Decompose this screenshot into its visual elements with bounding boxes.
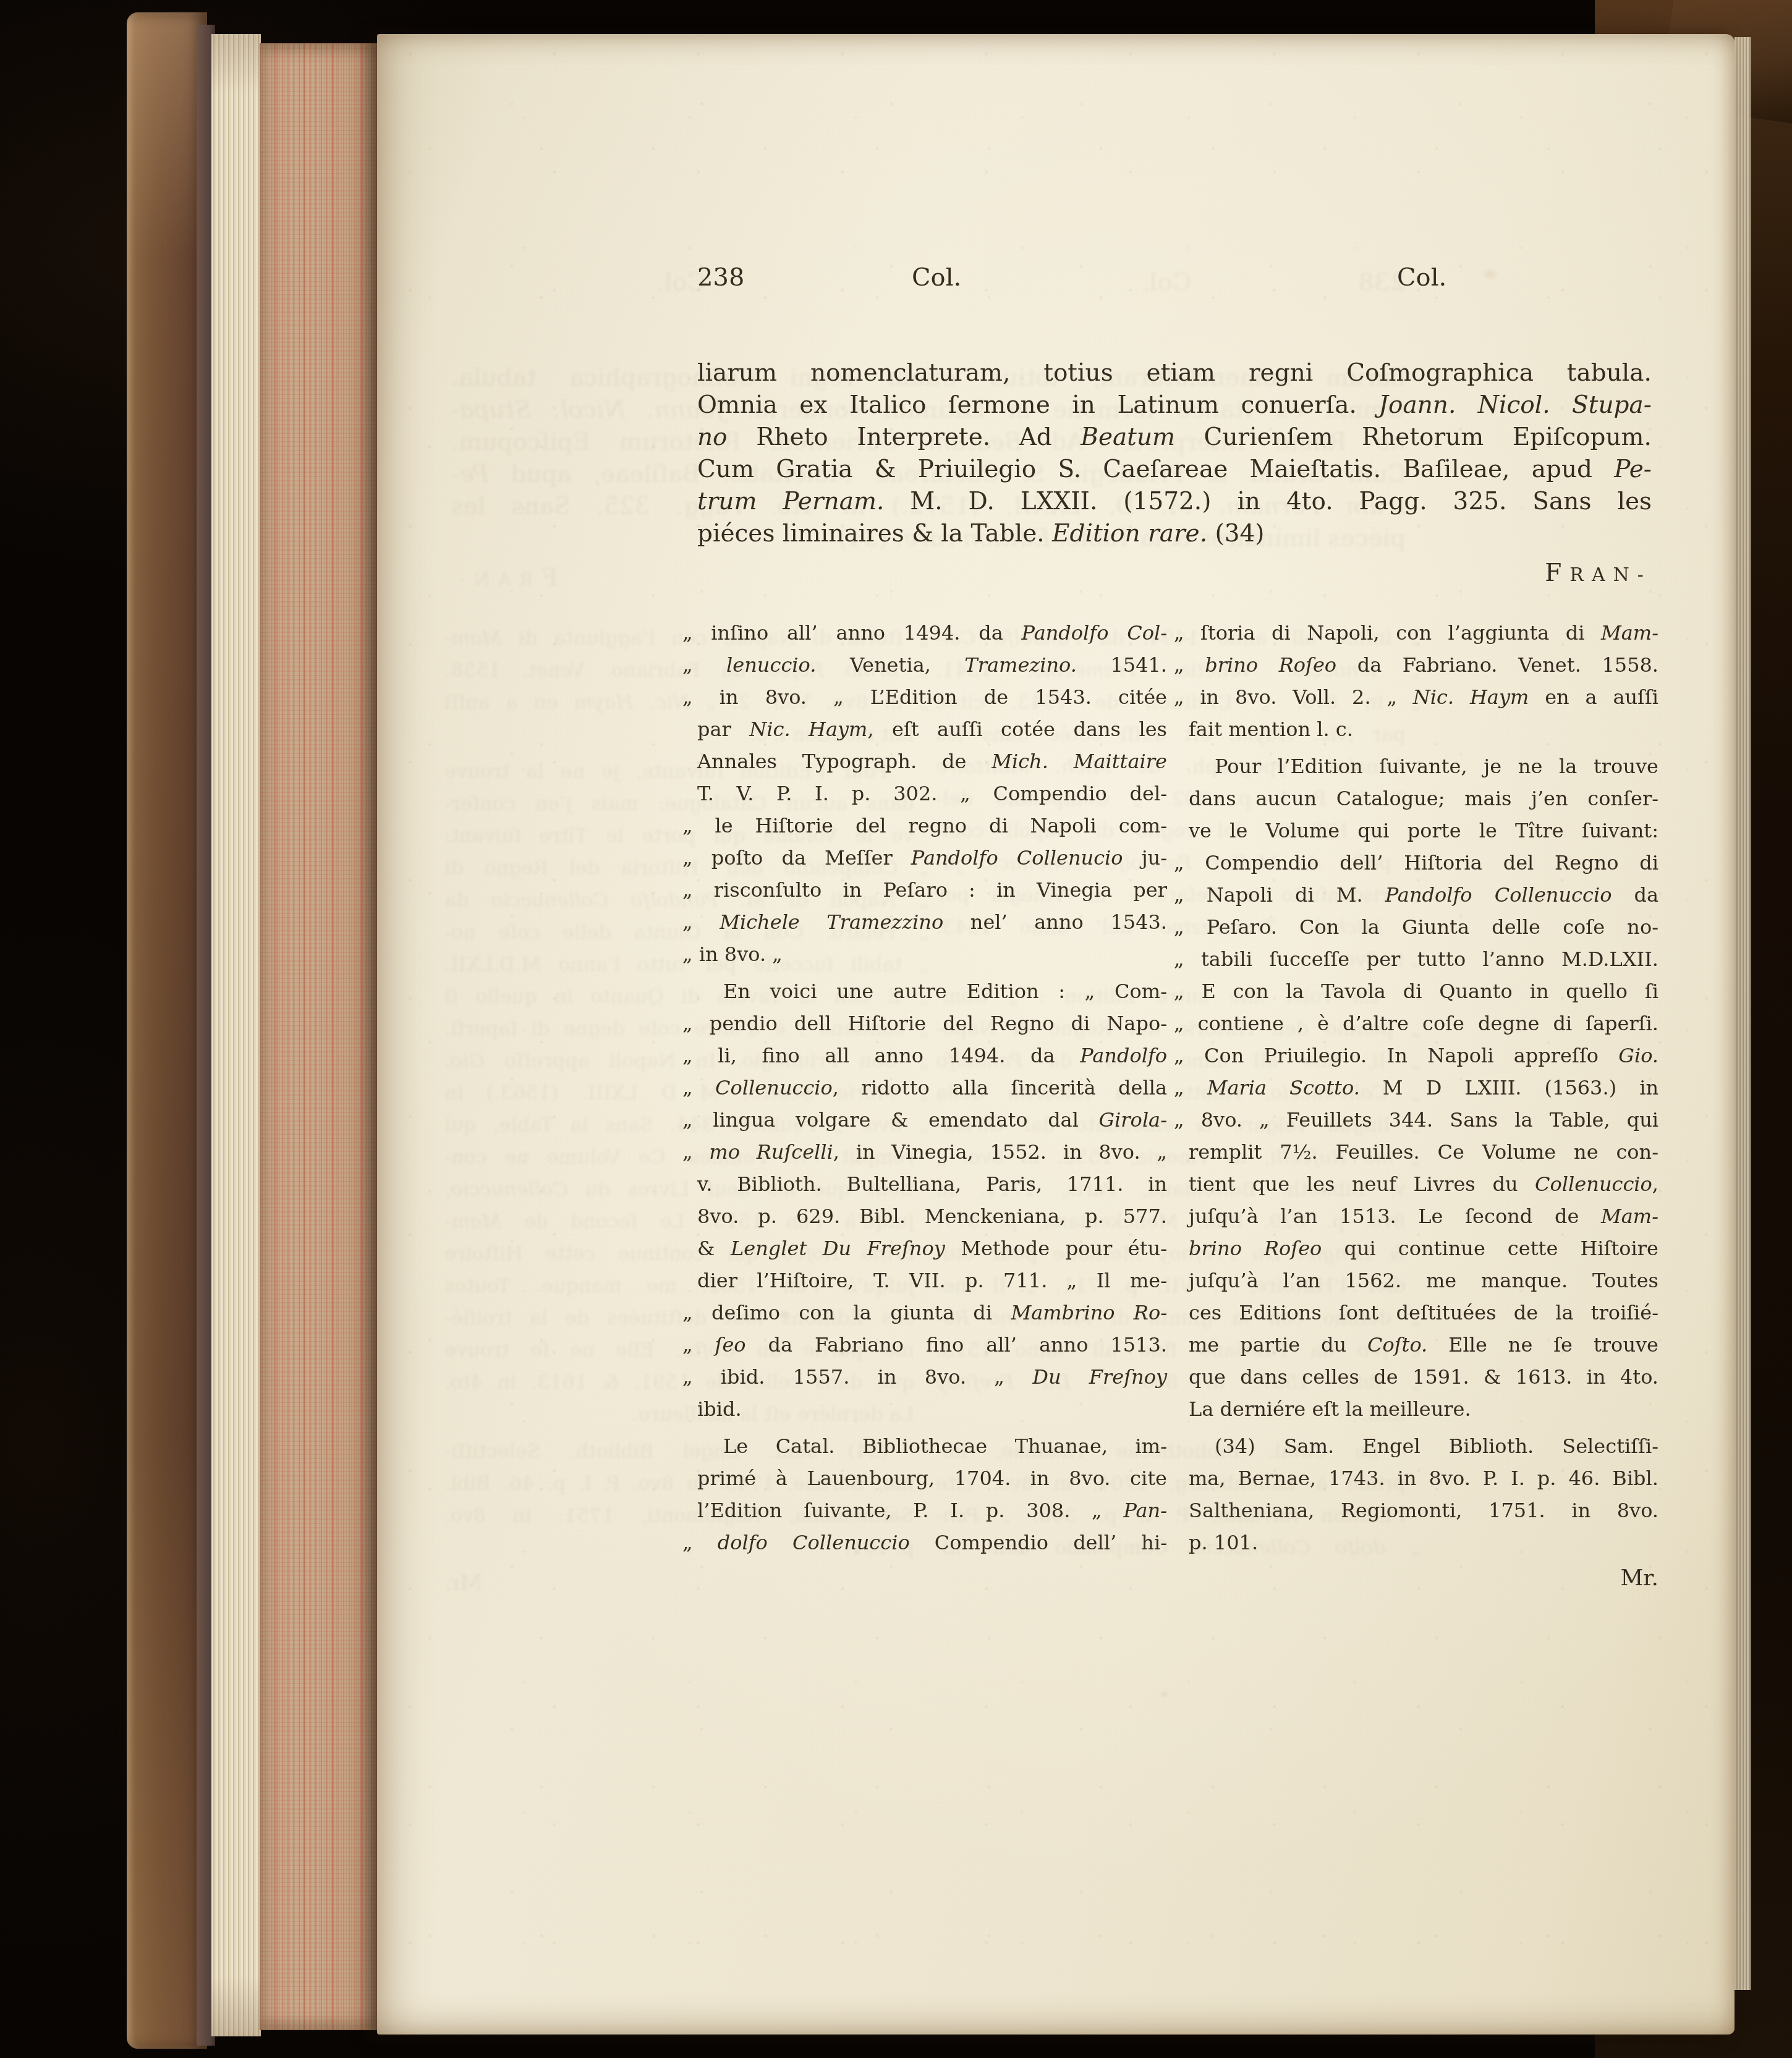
text-segment: , ridotto alla ſincerità della bbox=[833, 1076, 1167, 1099]
intro-paragraph: liarum nomenclaturam, totius etiam regni… bbox=[697, 357, 1652, 550]
text-segment: „ tabili ſucceſſe per tutto l’anno M.D.L… bbox=[1174, 947, 1658, 971]
text-segment: „ inſino all’ anno 1494. da bbox=[682, 621, 1022, 645]
text-segment: en a auſſi bbox=[1529, 685, 1658, 709]
text-line: ces Editions ſont deſtituées de la troiſ… bbox=[1189, 1297, 1658, 1329]
text-segment: ſeo bbox=[715, 1333, 746, 1357]
text-line: „ ibid. 1557. in 8vo. „ Du Freſnoy bbox=[697, 1361, 1167, 1393]
text-segment: no bbox=[697, 423, 728, 451]
paragraph: En voici une autre Edition : „ Com-„ pen… bbox=[697, 975, 1167, 1425]
text-segment: Cum Gratia & Priuilegio S. Caeſareae Mai… bbox=[697, 455, 1614, 483]
book-spine bbox=[127, 12, 207, 2049]
text-segment: trum Pernam. bbox=[697, 488, 884, 515]
text-segment: Michele Tramezzino bbox=[720, 910, 943, 934]
text-line: „ Michele Tramezzino nel’ anno 1543. bbox=[697, 906, 1167, 938]
text-segment: par bbox=[697, 718, 749, 741]
text-segment: „ bbox=[682, 1531, 718, 1554]
text-segment: da Fabriano. Venet. 1558. bbox=[1336, 653, 1658, 677]
text-line: „ Maria Scotto. M D LXIII. (1563.) in bbox=[1189, 1072, 1658, 1104]
text-line: Pour l’Edition ſuivante, je ne la trouve bbox=[1189, 750, 1658, 782]
text-segment: brino Roſeo bbox=[1205, 653, 1336, 677]
text-line: „ ſtoria di Napoli, con l’aggiunta di Ma… bbox=[1189, 617, 1658, 649]
text-segment: Pour l’Edition ſuivante, je ne la trouve bbox=[1215, 755, 1658, 778]
text-segment: Joann. Nicol. Stupa- bbox=[1378, 391, 1652, 419]
text-line: Cum Gratia & Priuilegio S. Caeſareae Mai… bbox=[697, 454, 1652, 486]
text-segment: (34) bbox=[1207, 520, 1264, 548]
text-segment: Pandolfo bbox=[1080, 1044, 1167, 1067]
page-number: 238 bbox=[697, 263, 744, 292]
text-segment: dolfo Collenuccio bbox=[718, 1531, 910, 1554]
text-line: „ Collenuccio, ridotto alla ſincerità de… bbox=[697, 1072, 1167, 1104]
text-segment: que dans celles de 1591. & 1613. in 4to. bbox=[1189, 1365, 1658, 1389]
text-line: „ 8vo. „ Feuillets 344. Sans la Table, q… bbox=[1189, 1104, 1658, 1136]
text-segment: „ bbox=[1174, 1076, 1207, 1099]
text-segment: ma, Bernae, 1743. in 8vo. P. I. p. 46. B… bbox=[1189, 1467, 1658, 1490]
text-line: ibid. bbox=[697, 1393, 1167, 1425]
text-segment: remplit 7½. Feuilles. Ce Volume ne con- bbox=[1189, 1140, 1658, 1164]
text-line: tient que les neuf Livres du Collenuccio… bbox=[1189, 1168, 1658, 1200]
sprinkled-fore-edge bbox=[260, 43, 381, 2030]
text-segment: „ le Hiſtorie del regno di Napoli com- bbox=[682, 814, 1167, 837]
text-line: La derniére eſt la meilleure. bbox=[1189, 1393, 1658, 1425]
text-segment: dans aucun Catalogue; mais j’en conſer- bbox=[1189, 787, 1658, 810]
text-segment: primé à Lauenbourg, 1704. in 8vo. cite bbox=[697, 1467, 1167, 1490]
text-segment: Pe- bbox=[1614, 455, 1652, 483]
text-segment: , in Vinegia, 1552. in 8vo. „ bbox=[833, 1140, 1167, 1164]
text-line: Omnia ex Italico ſermone in Latinum conu… bbox=[697, 389, 1652, 421]
text-segment: ces Editions ſont deſtituées de la troiſ… bbox=[1189, 1301, 1658, 1324]
paragraph: „ inſino all’ anno 1494. da Pandolfo Col… bbox=[697, 617, 1167, 970]
column-right: „ ſtoria di Napoli, con l’aggiunta di Ma… bbox=[1189, 617, 1658, 1559]
paragraph: (34) Sam. Engel Biblioth. Selectiſſi-ma,… bbox=[1189, 1430, 1658, 1559]
text-line: „ Compendio dell’ Hiſtoria del Regno di bbox=[1189, 847, 1658, 879]
text-segment: Maria Scotto. bbox=[1207, 1076, 1360, 1099]
text-line: „ Napoli di M. Pandolfo Collenuccio da bbox=[1189, 879, 1658, 911]
text-segment: l’Edition ſuivante, P. I. p. 308. „ bbox=[697, 1499, 1123, 1522]
text-line: „ mo Ruſcelli, in Vinegia, 1552. in 8vo.… bbox=[697, 1136, 1167, 1168]
text-line: „ inſino all’ anno 1494. da Pandolfo Col… bbox=[697, 617, 1167, 649]
text-segment: Tramezino. bbox=[964, 653, 1077, 677]
text-segment: T. V. P. I. p. 302. „ Compendio del- bbox=[697, 782, 1167, 805]
text-segment: da Fabriano fino all’ anno 1513. bbox=[746, 1333, 1167, 1357]
text-segment: Mam- bbox=[1601, 1205, 1658, 1228]
catchword-bottom: Mr. bbox=[1189, 1565, 1658, 1591]
text-segment: Rheto Interprete. Ad bbox=[728, 423, 1081, 451]
text-segment: Methode pour étu- bbox=[945, 1237, 1167, 1260]
text-line: trum Pernam. M. D. LXXII. (1572.) in 4to… bbox=[697, 486, 1652, 518]
text-segment: piéces liminaires & la Table. bbox=[697, 520, 1052, 548]
page: 238 Col. Col. liarum nomenclaturam, toti… bbox=[377, 34, 1735, 2035]
text-line: piéces liminaires & la Table. Edition ra… bbox=[697, 518, 1652, 550]
text-line: me partie du Coſto. Elle ne ſe trouve bbox=[1189, 1329, 1658, 1361]
text-line: dier l’Hiſtoire, T. VII. p. 711. „ Il me… bbox=[697, 1264, 1167, 1297]
text-line: fait mention l. c. bbox=[1189, 713, 1658, 745]
text-segment: Lenglet Du Freſnoy bbox=[731, 1237, 945, 1260]
text-line: liarum nomenclaturam, totius etiam regni… bbox=[697, 357, 1652, 389]
text-segment: „ ibid. 1557. in 8vo. „ bbox=[682, 1365, 1032, 1389]
text-segment: Beatum bbox=[1081, 423, 1175, 451]
text-segment: „ lingua volgare & emendato dal bbox=[682, 1108, 1099, 1132]
text-segment: & bbox=[697, 1237, 731, 1260]
text-segment: Saltheniana, Regiomonti, 1751. in 8vo. bbox=[1189, 1499, 1658, 1522]
text-segment: v. Biblioth. Bultelliana, Paris, 1711. i… bbox=[697, 1172, 1167, 1196]
text-line: „ in 8vo. „ L’Edition de 1543. citée bbox=[697, 681, 1167, 713]
text-line: En voici une autre Edition : „ Com- bbox=[697, 975, 1167, 1007]
column-left: „ inſino all’ anno 1494. da Pandolfo Col… bbox=[697, 617, 1167, 1559]
text-segment: qui continue cette Hiſtoire bbox=[1322, 1237, 1658, 1260]
paragraph: Pour l’Edition ſuivante, je ne la trouve… bbox=[1189, 750, 1658, 1425]
text-line: Le Catal. Bibliothecae Thuanae, im- bbox=[697, 1430, 1167, 1462]
text-line: „ Con Priuilegio. In Napoli appreſſo Gio… bbox=[1189, 1040, 1658, 1072]
text-line: T. V. P. I. p. 302. „ Compendio del- bbox=[697, 777, 1167, 810]
paragraph: „ ſtoria di Napoli, con l’aggiunta di Ma… bbox=[1189, 617, 1658, 745]
text-line: remplit 7½. Feuilles. Ce Volume ne con- bbox=[1189, 1136, 1658, 1168]
text-segment: Girola- bbox=[1099, 1108, 1167, 1132]
running-title-right: Col. bbox=[1397, 263, 1446, 292]
text-segment: (34) Sam. Engel Biblioth. Selectiſſi- bbox=[1215, 1434, 1658, 1458]
text-line: „ poſto da Meſſer Pandolfo Collenucio ju… bbox=[697, 842, 1167, 874]
text-segment: tient que les neuf Livres du bbox=[1189, 1172, 1535, 1196]
running-title-center: Col. bbox=[912, 263, 961, 292]
text-segment: ibid. bbox=[697, 1397, 742, 1421]
text-segment: Curienſem Rhetorum Epiſcopum. bbox=[1175, 423, 1652, 451]
text-line: (34) Sam. Engel Biblioth. Selectiſſi- bbox=[1189, 1430, 1658, 1462]
text-line: „ in 8vo. Voll. 2. „ Nic. Haym en a auſſ… bbox=[1189, 681, 1658, 713]
text-segment: „ Con Priuilegio. In Napoli appreſſo bbox=[1174, 1044, 1618, 1067]
page-content: 238 Col. Col. liarum nomenclaturam, toti… bbox=[377, 34, 1735, 2035]
text-segment: „ Napoli di M. bbox=[1174, 883, 1385, 907]
text-segment: „ bbox=[682, 1140, 709, 1164]
text-segment: „ Compendio dell’ Hiſtoria del Regno di bbox=[1174, 851, 1658, 874]
text-segment: „ bbox=[682, 1333, 715, 1357]
text-line: „ risconſulto in Peſaro : in Vinegia per bbox=[697, 874, 1167, 906]
text-segment: Edition rare. bbox=[1052, 520, 1207, 548]
right-page-edges bbox=[1735, 37, 1751, 1990]
text-line: „ E con la Tavola di Quanto in quello ſi bbox=[1189, 975, 1658, 1007]
text-segment: lenuccio. bbox=[726, 653, 816, 677]
text-segment: „ in 8vo. Voll. 2. „ bbox=[1174, 685, 1413, 709]
text-line: v. Biblioth. Bultelliana, Paris, 1711. i… bbox=[697, 1168, 1167, 1200]
text-line: primé à Lauenbourg, 1704. in 8vo. cite bbox=[697, 1462, 1167, 1494]
text-segment: 8vo. p. 629. Bibl. Menckeniana, p. 577. bbox=[697, 1205, 1167, 1228]
text-segment: Pan- bbox=[1123, 1499, 1167, 1522]
text-segment: „ li, fino all anno 1494. da bbox=[682, 1044, 1080, 1067]
text-segment: Mich. Maittaire bbox=[992, 750, 1167, 773]
text-segment: Omnia ex Italico ſermone in Latinum conu… bbox=[697, 391, 1378, 419]
text-segment: da bbox=[1612, 883, 1658, 907]
text-segment: 1541. bbox=[1077, 653, 1167, 677]
text-segment: „ 8vo. „ Feuillets 344. Sans la Table, q… bbox=[1174, 1108, 1658, 1132]
text-segment: „ bbox=[682, 653, 726, 677]
text-segment: En voici une autre Edition : „ Com- bbox=[723, 980, 1167, 1003]
text-segment: fait mention l. c. bbox=[1189, 718, 1353, 741]
text-segment: Compendio dell’ hi- bbox=[910, 1531, 1167, 1554]
text-segment: Pandolfo Collenucio bbox=[911, 846, 1123, 870]
text-line: 8vo. p. 629. Bibl. Menckeniana, p. 577. bbox=[697, 1200, 1167, 1232]
text-segment: juſqu’à l’an 1562. me manque. Toutes bbox=[1189, 1269, 1658, 1292]
text-line: Saltheniana, Regiomonti, 1751. in 8vo. bbox=[1189, 1494, 1658, 1527]
text-segment: Collenuccio bbox=[1535, 1172, 1652, 1196]
text-line: juſqu’à l’an 1513. Le ſecond de Mam- bbox=[1189, 1200, 1658, 1232]
text-line: „ pendio dell Hiſtorie del Regno di Napo… bbox=[697, 1007, 1167, 1040]
text-line: dans aucun Catalogue; mais j’en conſer- bbox=[1189, 782, 1658, 815]
page-edges-strip bbox=[211, 34, 261, 2036]
text-segment: „ Peſaro. Con la Giunta delle coſe no- bbox=[1174, 915, 1658, 939]
text-line: „ contiene , è d’altre coſe degne di ſap… bbox=[1189, 1007, 1658, 1040]
text-segment: p. 101. bbox=[1189, 1531, 1258, 1554]
text-segment: Du Freſnoy bbox=[1032, 1365, 1167, 1389]
text-segment: , eſt auſſi cotée dans les bbox=[867, 718, 1167, 741]
text-line: „ li, fino all anno 1494. da Pandolfo bbox=[697, 1040, 1167, 1072]
paragraph: Le Catal. Bibliothecae Thuanae, im-primé… bbox=[697, 1430, 1167, 1559]
text-line: „ ſeo da Fabriano fino all’ anno 1513. bbox=[697, 1329, 1167, 1361]
text-segment: Nic. Haym bbox=[1413, 685, 1529, 709]
text-line: ma, Bernae, 1743. in 8vo. P. I. p. 46. B… bbox=[1189, 1462, 1658, 1494]
text-segment: Coſto. bbox=[1367, 1333, 1427, 1357]
text-segment: „ pendio dell Hiſtorie del Regno di Napo… bbox=[682, 1012, 1167, 1035]
text-segment: Elle ne ſe trouve bbox=[1427, 1333, 1658, 1357]
text-line: Annales Typograph. de Mich. Maittaire bbox=[697, 745, 1167, 777]
book-scan: 238 Col. Col. liarum nomenclaturam, toti… bbox=[0, 0, 1792, 2058]
text-segment: „ ſtoria di Napoli, con l’aggiunta di bbox=[1174, 621, 1601, 645]
text-segment: liarum nomenclaturam, totius etiam regni… bbox=[697, 359, 1652, 387]
text-segment: , bbox=[1652, 1172, 1658, 1196]
text-line: ve le Volume qui porte le Tître ſuivant: bbox=[1189, 815, 1658, 847]
text-line: „ lingua volgare & emendato dal Girola- bbox=[697, 1104, 1167, 1136]
text-segment: M. D. LXXII. (1572.) in 4to. Pagg. 325. … bbox=[884, 488, 1652, 515]
text-line: „ brino Roſeo da Fabriano. Venet. 1558. bbox=[1189, 649, 1658, 681]
text-line: & Lenglet Du Freſnoy Methode pour étu- bbox=[697, 1232, 1167, 1264]
text-line: „ dolfo Collenuccio Compendio dell’ hi- bbox=[697, 1527, 1167, 1559]
text-segment: Venetia, bbox=[816, 653, 964, 677]
text-line: „ deſimo con la giunta di Mambrino Ro- bbox=[697, 1297, 1167, 1329]
text-line: „ lenuccio. Venetia, Tramezino. 1541. bbox=[697, 649, 1167, 681]
text-segment: „ bbox=[682, 1076, 715, 1099]
text-segment: „ deſimo con la giunta di bbox=[682, 1301, 1011, 1324]
text-segment: „ bbox=[1174, 653, 1205, 677]
text-line: p. 101. bbox=[1189, 1527, 1658, 1559]
text-segment: M D LXIII. (1563.) in bbox=[1360, 1076, 1658, 1099]
text-line: „ Peſaro. Con la Giunta delle coſe no- bbox=[1189, 911, 1658, 943]
text-segment: me partie du bbox=[1189, 1333, 1367, 1357]
text-segment: „ E con la Tavola di Quanto in quello ſi bbox=[1174, 980, 1658, 1003]
text-segment: Le Catal. Bibliothecae Thuanae, im- bbox=[723, 1434, 1167, 1458]
text-segment: juſqu’à l’an 1513. Le ſecond de bbox=[1189, 1205, 1601, 1228]
text-segment: Gio. bbox=[1618, 1044, 1658, 1067]
text-segment: Annales Typograph. de bbox=[697, 750, 992, 773]
catchword-top: Fran- bbox=[697, 559, 1652, 587]
text-segment: Mambrino Ro- bbox=[1011, 1301, 1167, 1324]
text-line: no Rheto Interprete. Ad Beatum Curienſem… bbox=[697, 421, 1652, 454]
text-segment: brino Roſeo bbox=[1189, 1237, 1322, 1260]
text-line: l’Edition ſuivante, P. I. p. 308. „ Pan- bbox=[697, 1494, 1167, 1527]
text-segment: Collenuccio bbox=[715, 1076, 833, 1099]
text-line: que dans celles de 1591. & 1613. in 4to. bbox=[1189, 1361, 1658, 1393]
text-line: juſqu’à l’an 1562. me manque. Toutes bbox=[1189, 1264, 1658, 1297]
text-segment: nel’ anno 1543. bbox=[943, 910, 1167, 934]
text-segment: „ bbox=[682, 910, 720, 934]
text-segment: „ poſto da Meſſer bbox=[682, 846, 911, 870]
text-segment: Pandolfo Collenuccio bbox=[1385, 883, 1612, 907]
text-segment: Mam- bbox=[1601, 621, 1658, 645]
text-segment: „ contiene , è d’altre coſe degne di ſap… bbox=[1174, 1012, 1658, 1035]
text-line: par Nic. Haym, eſt auſſi cotée dans les bbox=[697, 713, 1167, 745]
text-line: brino Roſeo qui continue cette Hiſtoire bbox=[1189, 1232, 1658, 1264]
text-segment: ve le Volume qui porte le Tître ſuivant: bbox=[1189, 819, 1658, 842]
text-segment: Nic. Haym bbox=[749, 718, 867, 741]
text-segment: „ in 8vo. „ bbox=[682, 942, 783, 966]
text-segment: mo Ruſcelli bbox=[709, 1140, 833, 1164]
text-line: „ tabili ſucceſſe per tutto l’anno M.D.L… bbox=[1189, 943, 1658, 975]
text-segment: dier l’Hiſtoire, T. VII. p. 711. „ Il me… bbox=[697, 1269, 1167, 1292]
text-segment: ju- bbox=[1123, 846, 1167, 870]
text-segment: La derniére eſt la meilleure. bbox=[1189, 1397, 1471, 1421]
text-segment: Pandolfo Col- bbox=[1022, 621, 1167, 645]
text-line: „ in 8vo. „ bbox=[697, 938, 1167, 970]
text-segment: „ risconſulto in Peſaro : in Vinegia per bbox=[682, 878, 1167, 902]
text-line: „ le Hiſtorie del regno di Napoli com- bbox=[697, 810, 1167, 842]
text-segment: „ in 8vo. „ L’Edition de 1543. citée bbox=[682, 685, 1167, 709]
